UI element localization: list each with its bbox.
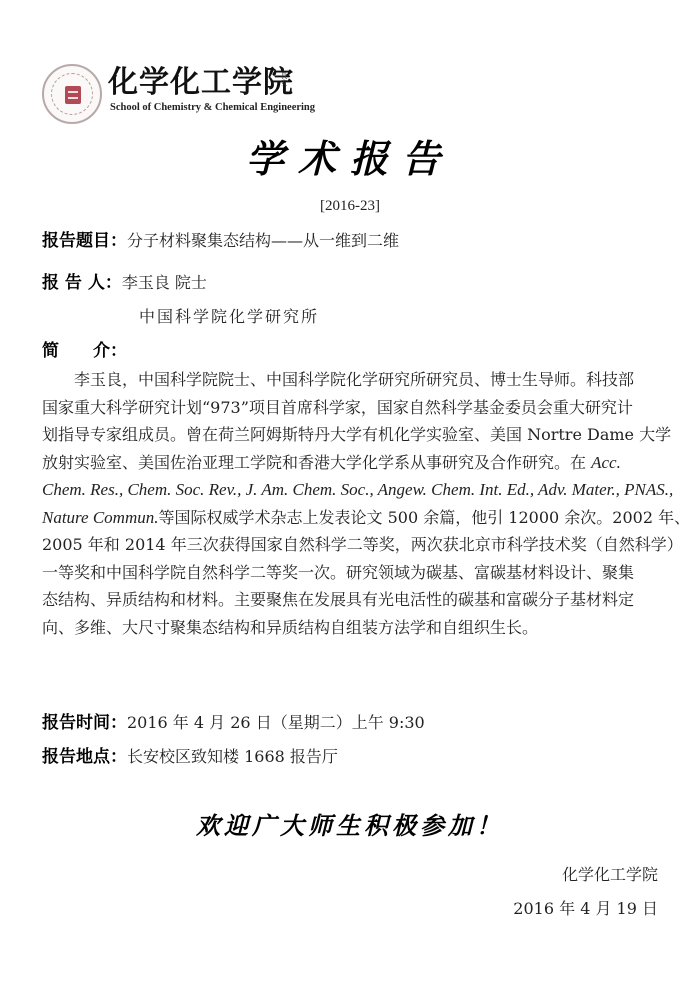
page-title: 学术报告: [0, 128, 700, 183]
bio-line: 态结构、异质结构和材料。主要聚焦在发展具有光电活性的碳基和富碳分子基材料定: [42, 586, 662, 614]
welcome-message: 欢迎广大师生积极参加！: [0, 806, 700, 841]
school-seal-icon: [42, 64, 102, 124]
place-row: 报告地点：长安校区致知楼 1668 报告厅: [42, 742, 338, 767]
topic-row: 报告题目：分子材料聚集态结构——从一维到二维: [42, 226, 399, 251]
speaker-affiliation: 中国科学院化学研究所: [139, 304, 319, 327]
bio-line: 向、多维、大尺寸聚集态结构和异质结构自组装方法学和自组织生长。: [42, 614, 662, 642]
school-logo: 化学化工学院 長安 School of Chemistry & Chemical…: [40, 62, 320, 128]
speaker-label: 报 告 人：: [42, 273, 122, 293]
topic-label: 报告题目：: [42, 231, 127, 251]
intro-label: 简 介：: [42, 336, 127, 361]
logo-english-name: School of Chemistry & Chemical Engineeri…: [110, 102, 315, 113]
journal-name: Nature Commun.: [42, 508, 159, 527]
signature-org: 化学化工学院: [562, 862, 658, 885]
topic-value: 分子材料聚集态结构——从一维到二维: [127, 231, 399, 250]
speaker-row: 报 告 人：李玉良 院士: [42, 268, 207, 293]
speaker-bio: 李玉良，中国科学院院士、中国科学院化学研究所研究员、博士生导师。科技部 国家重大…: [42, 366, 662, 641]
time-row: 报告时间：2016 年 4 月 26 日（星期二）上午 9:30: [42, 708, 425, 733]
logo-mark: 長安: [280, 72, 288, 86]
bio-line: 2005 年和 2014 年三次获得国家自然科学二等奖，两次获北京市科学技术奖（…: [42, 531, 662, 559]
bio-line: 国家重大科学研究计划“973”项目首席科学家，国家自然科学基金委员会重大研究计: [42, 394, 662, 422]
place-label: 报告地点：: [42, 747, 127, 767]
place-value: 长安校区致知楼 1668 报告厅: [127, 747, 338, 766]
bio-text: 等国际权威学术杂志上发表论文 500 余篇，他引 12000 余次。2002 年…: [159, 508, 691, 527]
time-value: 2016 年 4 月 26 日（星期二）上午 9:30: [127, 713, 425, 732]
time-label: 报告时间：: [42, 713, 127, 733]
bio-line: 一等奖和中国科学院自然科学二等奖一次。研究领域为碳基、富碳基材料设计、聚集: [42, 559, 662, 587]
logo-chinese-name: 化学化工学院: [108, 66, 294, 100]
bio-line: Chem. Res., Chem. Soc. Rev., J. Am. Chem…: [42, 476, 662, 504]
journal-list: Chem. Res., Chem. Soc. Rev., J. Am. Chem…: [42, 480, 673, 499]
signature-date: 2016 年 4 月 19 日: [513, 896, 658, 919]
bio-line: Nature Commun.等国际权威学术杂志上发表论文 500 余篇，他引 1…: [42, 504, 662, 532]
bio-text: 放射实验室、美国佐治亚理工学院和香港大学化学系从事研究及合作研究。在: [42, 453, 586, 472]
bio-line: 放射实验室、美国佐治亚理工学院和香港大学化学系从事研究及合作研究。在 Acc.: [42, 449, 662, 477]
journal-abbrev: Acc.: [591, 453, 621, 472]
speaker-value: 李玉良 院士: [122, 273, 207, 292]
bio-line: 划指导专家组成员。曾在荷兰阿姆斯特丹大学有机化学实验室、美国 Nortre Da…: [42, 421, 662, 449]
report-serial-number: [2016-23]: [0, 198, 700, 215]
bio-line: 李玉良，中国科学院院士、中国科学院化学研究所研究员、博士生导师。科技部: [42, 366, 662, 394]
